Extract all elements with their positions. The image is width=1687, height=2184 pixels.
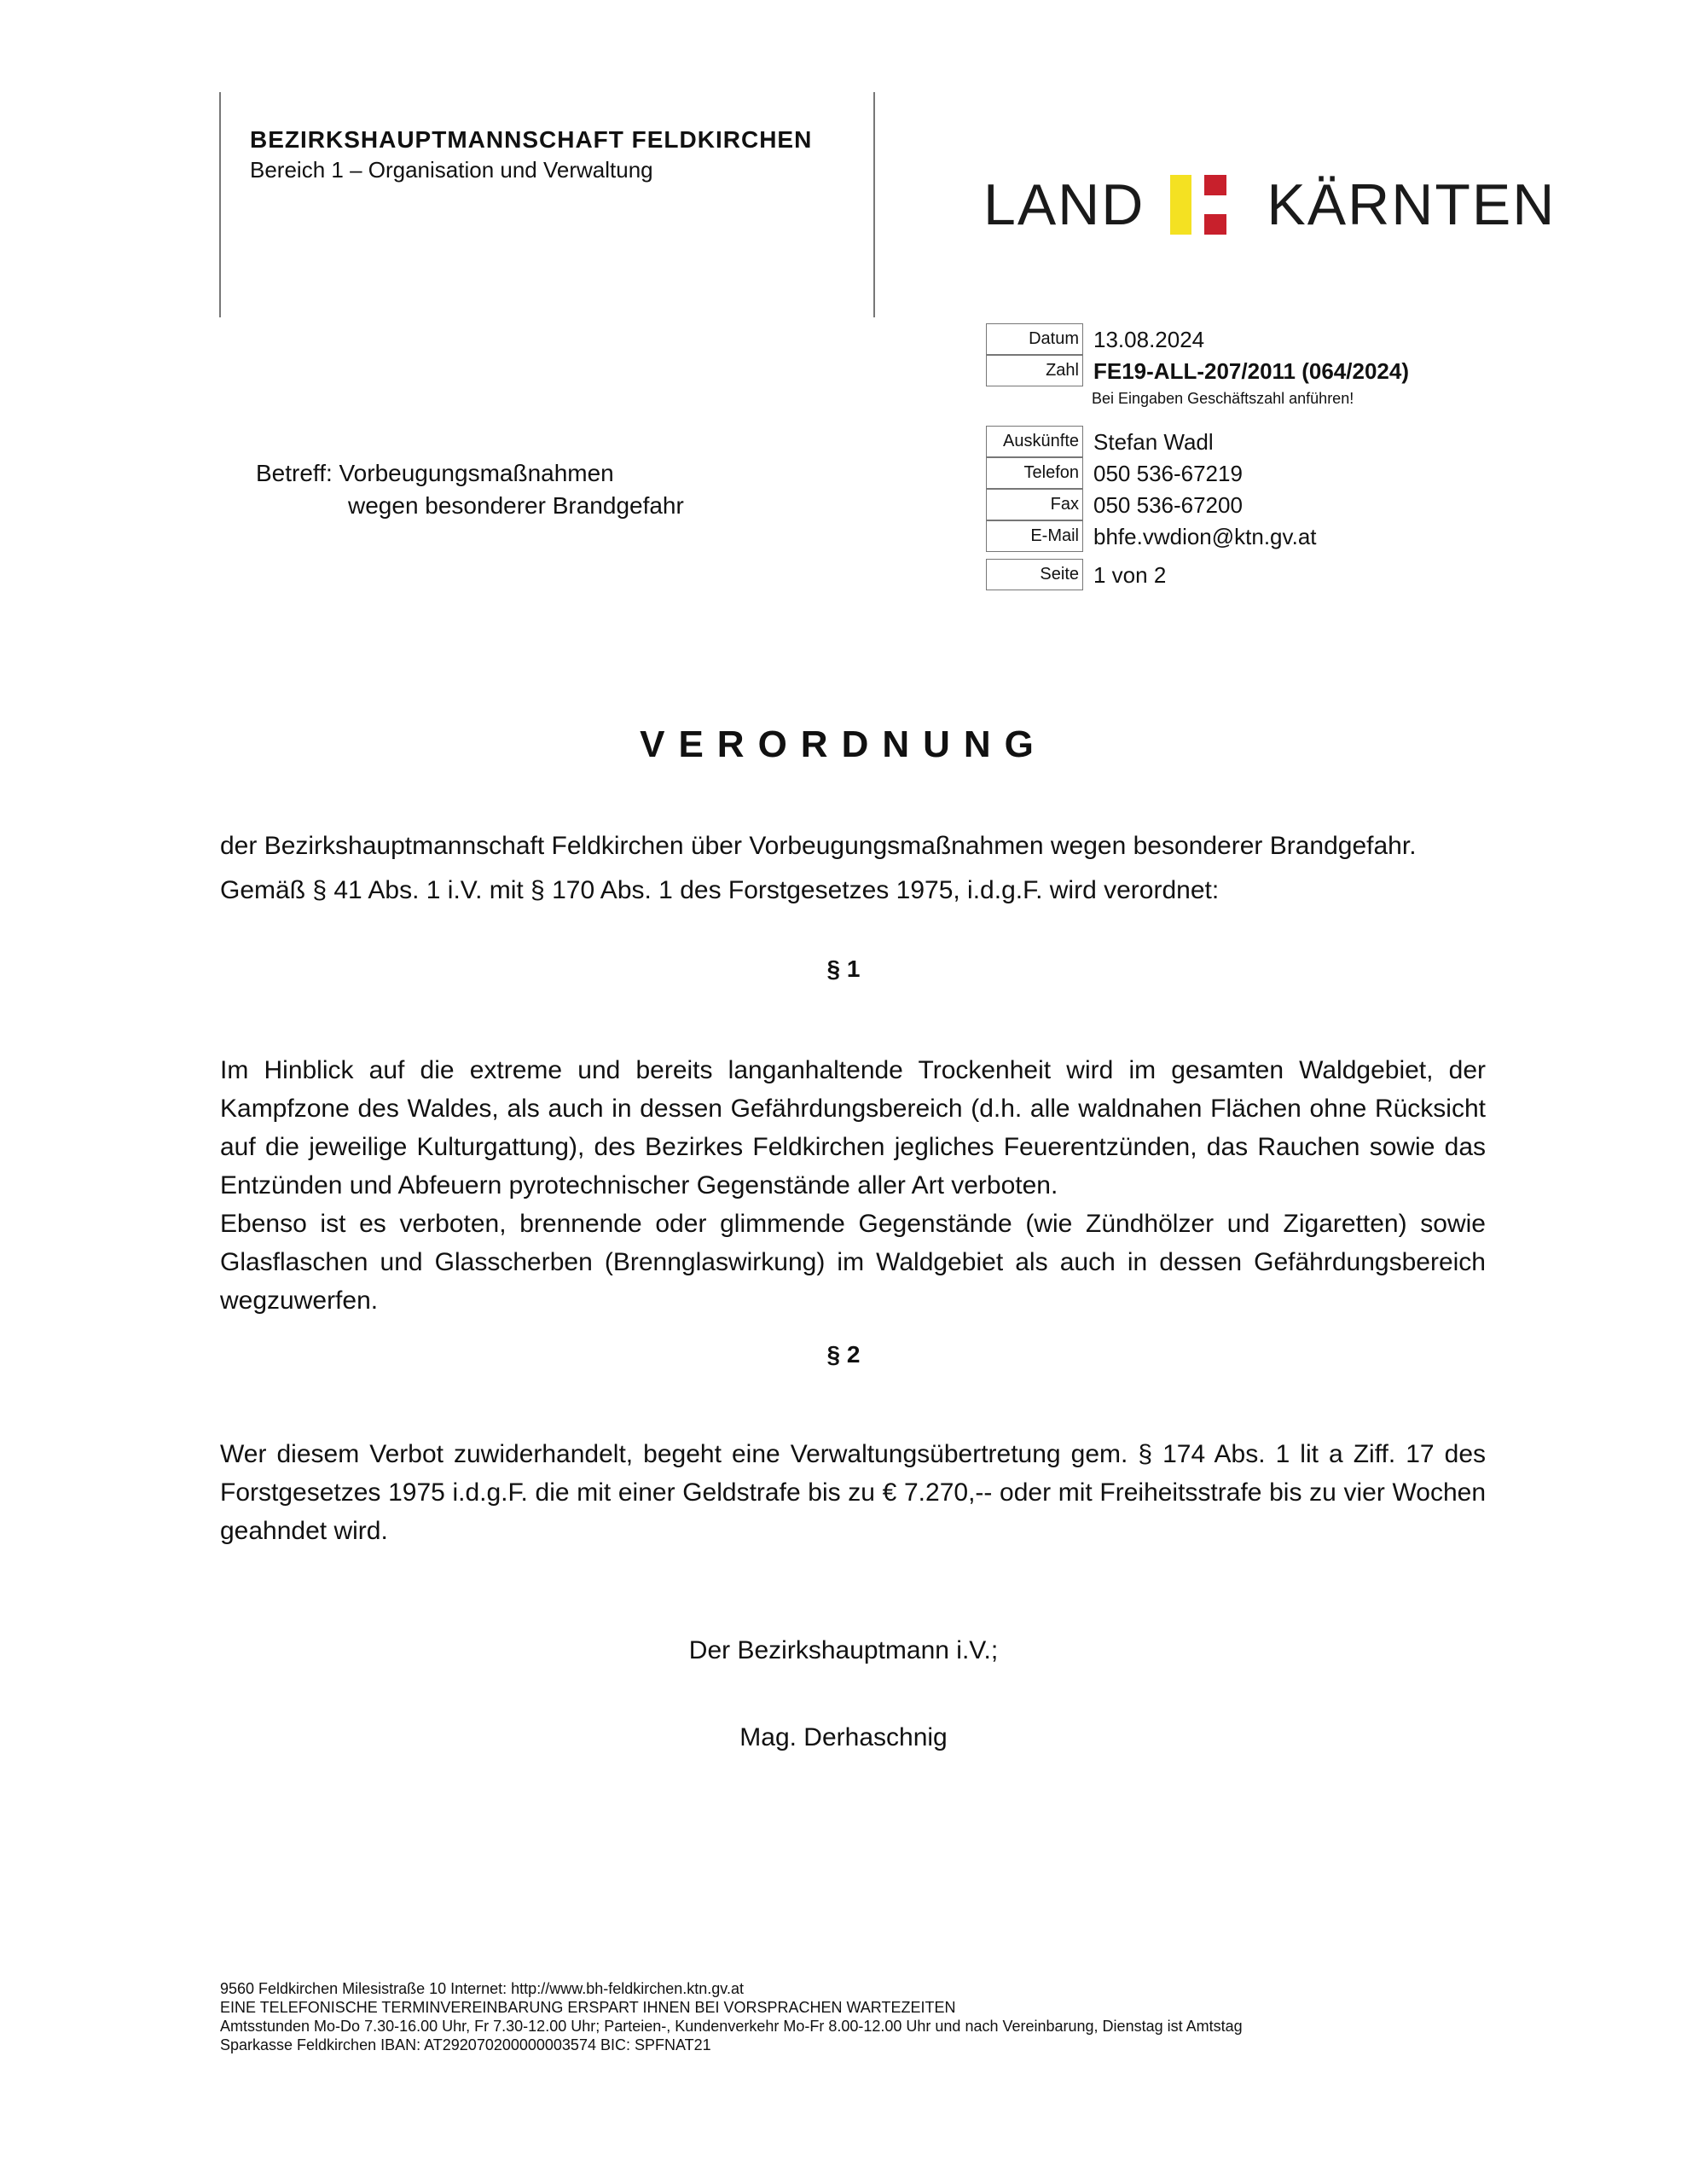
logo-word-land: LAND <box>983 175 1145 235</box>
info-row-auskuenfte: Auskünfte Stefan Wadl <box>986 427 1409 458</box>
zahl-note: Bei Eingaben Geschäftszahl anführen! <box>986 387 1409 413</box>
value-telefon: 050 536-67219 <box>1083 461 1243 487</box>
info-row-datum: Datum 13.08.2024 <box>986 324 1409 356</box>
label-zahl: Zahl <box>986 355 1083 386</box>
value-seite: 1 von 2 <box>1083 562 1166 589</box>
footer-notice: EINE TELEFONISCHE TERMINVEREINBARUNG ERS… <box>220 1998 1243 2017</box>
info-row-fax: Fax 050 536-67200 <box>986 490 1409 521</box>
footer-office-hours: Amtsstunden Mo-Do 7.30-16.00 Uhr, Fr 7.3… <box>220 2017 1243 2036</box>
info-row-zahl: Zahl FE19-ALL-207/2011 (064/2024) <box>986 356 1409 387</box>
value-datum: 13.08.2024 <box>1083 327 1204 353</box>
reference-info-block: Datum 13.08.2024 Zahl FE19-ALL-207/2011 … <box>986 324 1409 591</box>
section-1-paragraph-1: Im Hinblick auf die extreme und bereits … <box>220 1051 1486 1205</box>
label-telefon: Telefon <box>986 457 1083 489</box>
section-2-paragraph-1: Wer diesem Verbot zuwiderhandelt, begeht… <box>220 1435 1486 1550</box>
value-auskuenfte: Stefan Wadl <box>1083 429 1214 456</box>
logo-red-block-top <box>1204 175 1226 195</box>
label-fax: Fax <box>986 489 1083 520</box>
info-row-seite: Seite 1 von 2 <box>986 560 1409 591</box>
section-1-paragraph-2: Ebenso ist es verboten, brennende oder g… <box>220 1205 1486 1320</box>
section-2-body: Wer diesem Verbot zuwiderhandelt, begeht… <box>220 1435 1486 1550</box>
intro-line-1: der Bezirkshauptmannschaft Feldkirchen ü… <box>220 824 1417 868</box>
info-row-telefon: Telefon 050 536-67219 <box>986 458 1409 490</box>
label-datum: Datum <box>986 323 1083 355</box>
logo-red-block-bottom <box>1204 214 1226 235</box>
document-title: VERORDNUNG <box>0 723 1687 766</box>
page-footer: 9560 Feldkirchen Milesistraße 10 Interne… <box>220 1979 1243 2054</box>
info-row-email: E-Mail bhfe.vwdion@ktn.gv.at <box>986 521 1409 553</box>
subject-line-2: wegen besonderer Brandgefahr <box>256 490 684 522</box>
value-zahl: FE19-ALL-207/2011 (064/2024) <box>1083 358 1409 385</box>
section-1-body: Im Hinblick auf die extreme und bereits … <box>220 1051 1486 1320</box>
subject-line-1: Betreff: Vorbeugungsmaßnahmen <box>256 457 684 490</box>
letterhead-left-border <box>219 92 221 317</box>
label-seite: Seite <box>986 559 1083 590</box>
section-1-heading: § 1 <box>0 955 1687 983</box>
coat-of-arms-mark-icon <box>1170 175 1234 235</box>
signature-role: Der Bezirkshauptmann i.V.; <box>0 1636 1687 1665</box>
value-email[interactable]: bhfe.vwdion@ktn.gv.at <box>1083 524 1317 550</box>
footer-bank-details: Sparkasse Feldkirchen IBAN: AT2920702000… <box>220 2036 1243 2054</box>
letterhead-right-border <box>873 92 875 317</box>
land-kaernten-logo: LAND KÄRNTEN <box>983 175 1556 235</box>
intro-line-2: Gemäß § 41 Abs. 1 i.V. mit § 170 Abs. 1 … <box>220 868 1417 913</box>
intro-text: der Bezirkshauptmannschaft Feldkirchen ü… <box>220 824 1417 913</box>
value-fax: 050 536-67200 <box>1083 492 1243 519</box>
logo-yellow-bar <box>1170 175 1191 235</box>
footer-address: 9560 Feldkirchen Milesistraße 10 Interne… <box>220 1979 1243 1998</box>
signature-name: Mag. Derhaschnig <box>0 1723 1687 1752</box>
section-2-heading: § 2 <box>0 1341 1687 1368</box>
logo-word-kaernten: KÄRNTEN <box>1267 175 1556 235</box>
label-auskuenfte: Auskünfte <box>986 426 1083 457</box>
department-name: Bereich 1 – Organisation und Verwaltung <box>250 157 653 183</box>
label-email: E-Mail <box>986 520 1083 552</box>
authority-name: BEZIRKSHAUPTMANNSCHAFT FELDKIRCHEN <box>250 126 812 154</box>
subject-block: Betreff: Vorbeugungsmaßnahmen wegen beso… <box>256 457 684 522</box>
